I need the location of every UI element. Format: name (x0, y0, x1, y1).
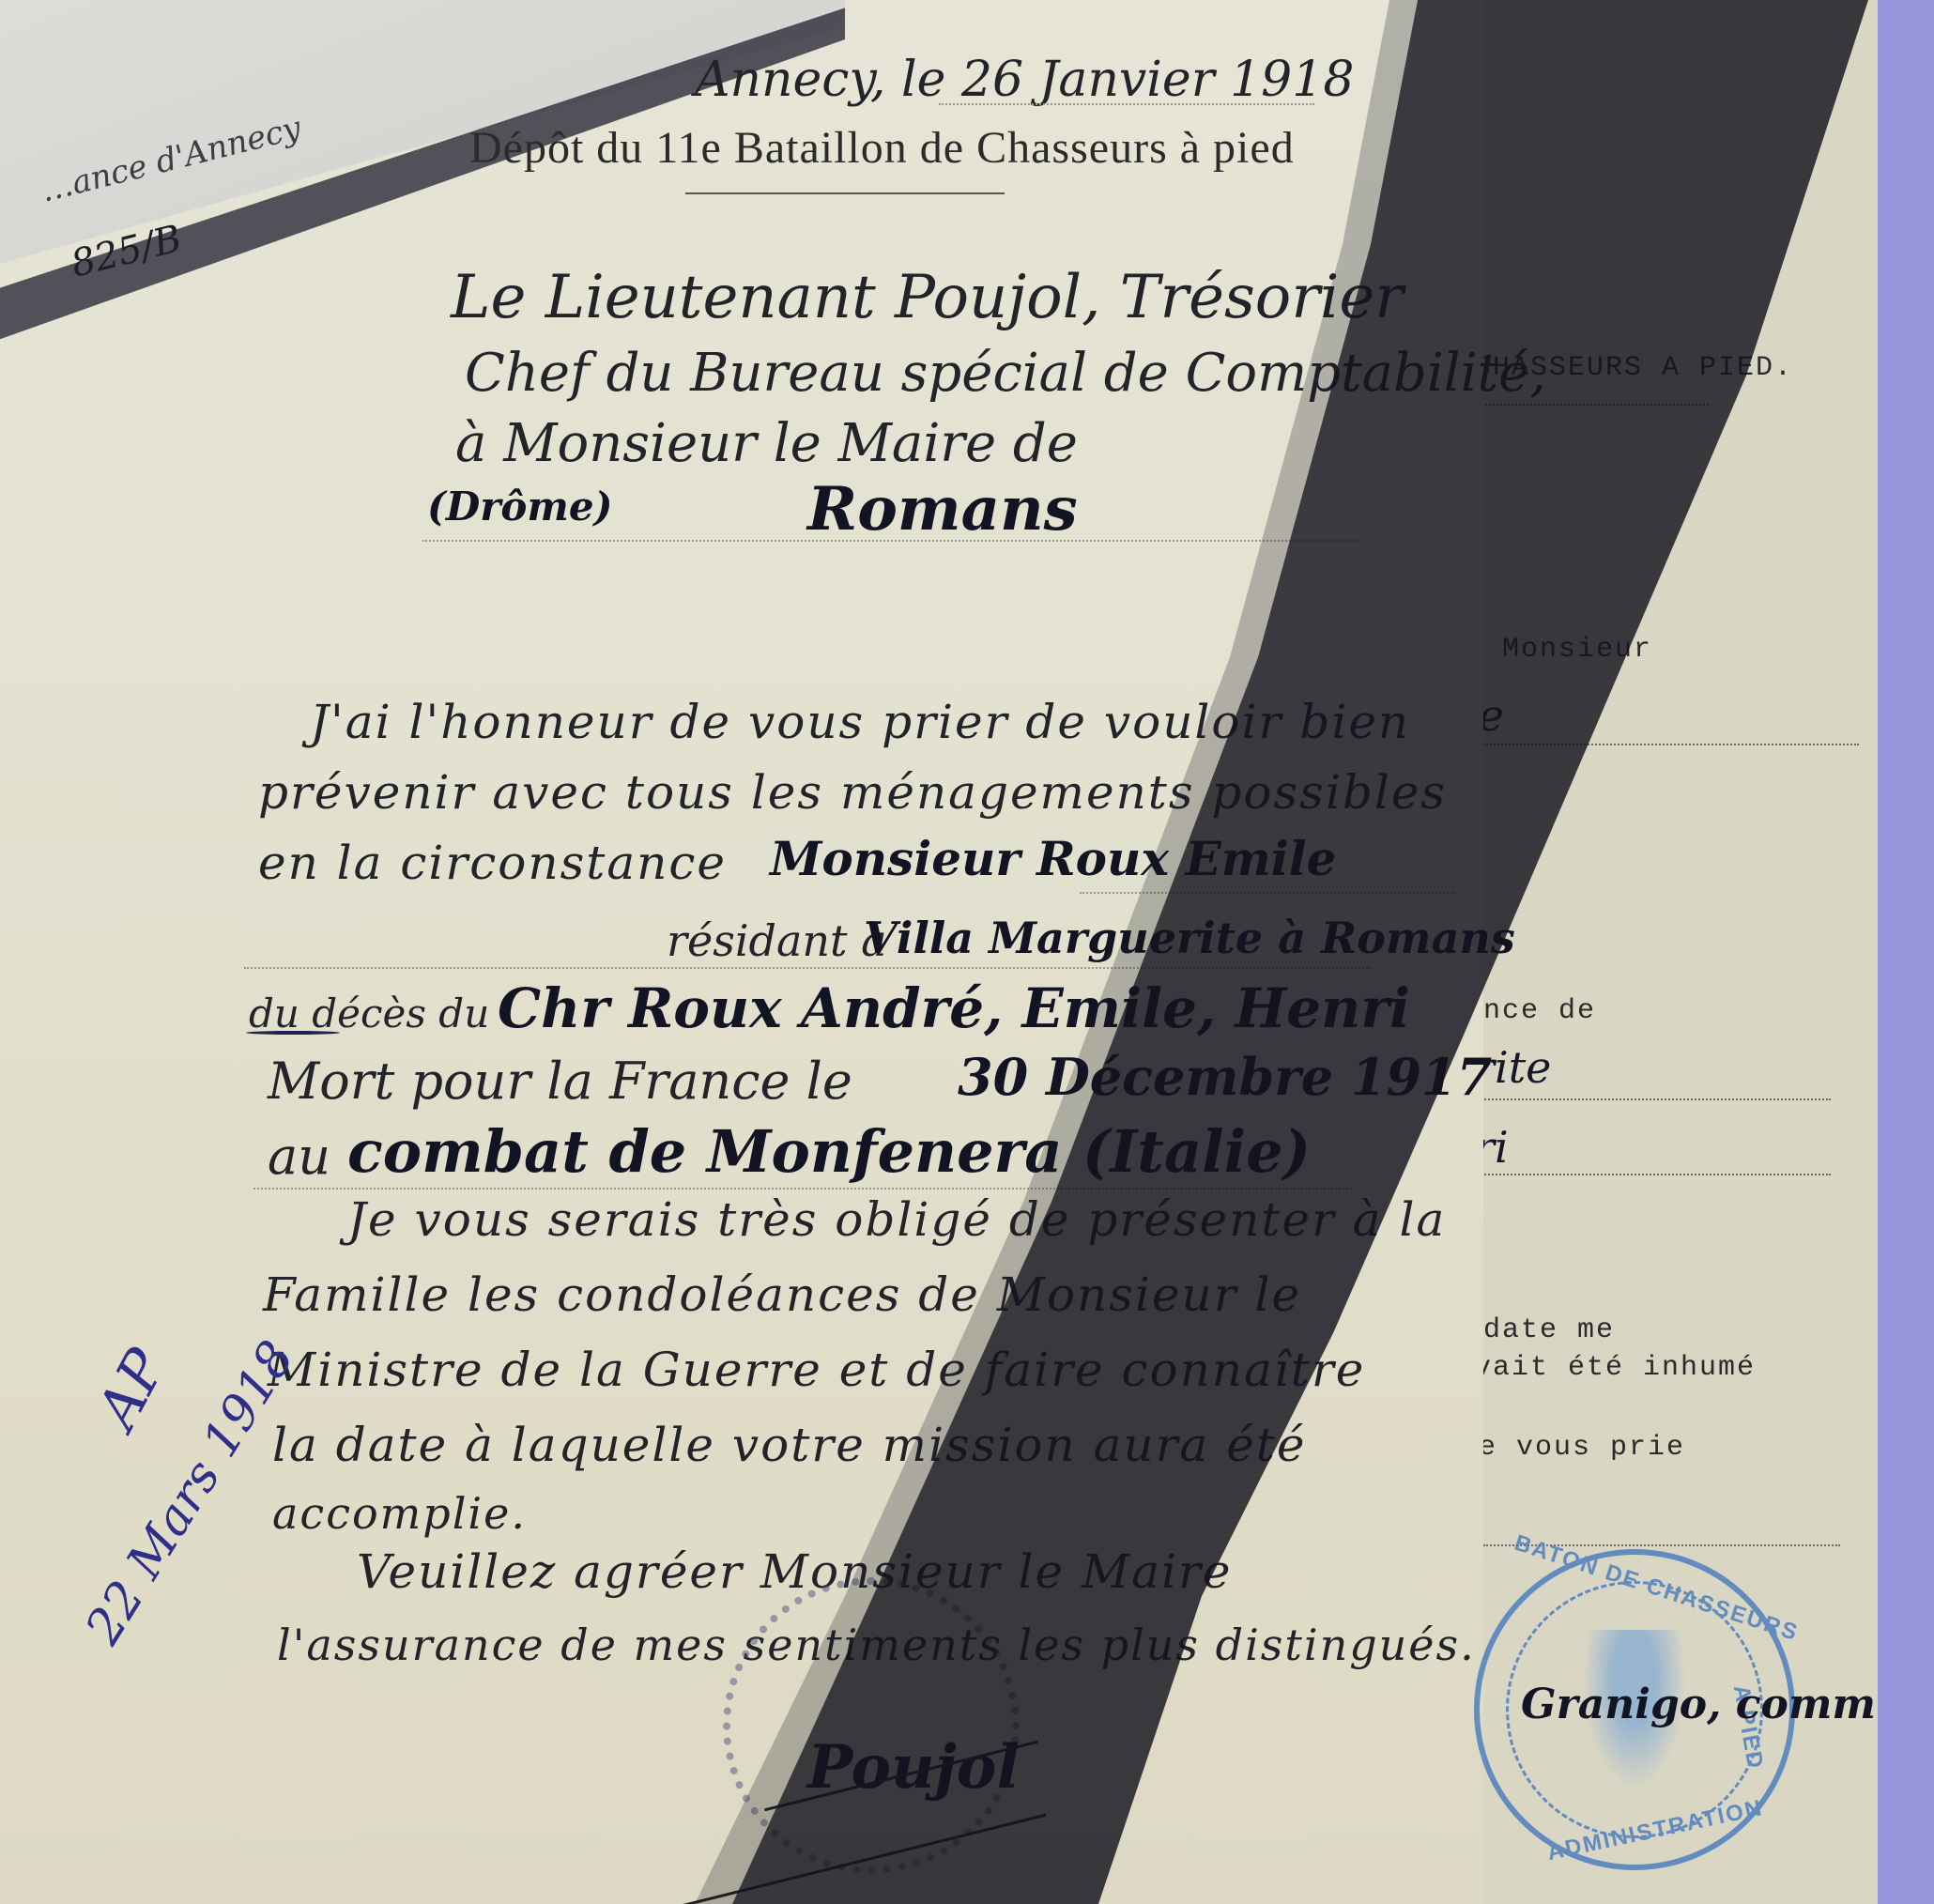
unit-header: Dépôt du 11e Bataillon de Chasseurs à pi… (469, 122, 1295, 174)
mayor-signature: Granigo, commune (1521, 1681, 1934, 1728)
deceased-prefix: du décès du (249, 990, 489, 1036)
recipient-department: (Drôme) (427, 484, 612, 530)
death-line: Mort pour la France le (268, 1052, 852, 1111)
header-rule (685, 192, 1005, 194)
rule (1474, 1098, 1831, 1100)
dotted-rule (939, 103, 1314, 105)
place-date: Annecy, le 26 Janvier 1918 (695, 52, 1354, 108)
dotted-rule (422, 540, 1361, 542)
typed-fragment: nce de (1483, 995, 1596, 1027)
underline-stroke (246, 1031, 340, 1035)
closing-line-5: accomplie. (272, 1488, 527, 1539)
combat-prefix: au (268, 1127, 330, 1186)
rule (1474, 1174, 1831, 1175)
typed-fragment: e vous prie (1479, 1432, 1685, 1464)
typed-fragment: date me (1483, 1314, 1615, 1346)
typed-fragment: vait été inhumé (1474, 1352, 1756, 1384)
margin-initials: AP (84, 1339, 179, 1439)
sender-line-1: Le Lieutenant Poujol, Trésorier (451, 263, 1404, 332)
document-photo: CHASSEURS A PIED. à Monsieur le nce de r… (0, 0, 1934, 1904)
recipient-line-1: à Monsieur le Maire de (455, 413, 1078, 474)
recipient-town: Romans (807, 474, 1078, 545)
body-line-4: résidant à (667, 915, 887, 966)
background-edge (1878, 0, 1934, 1904)
body-line-3: en la circonstance (258, 836, 727, 890)
